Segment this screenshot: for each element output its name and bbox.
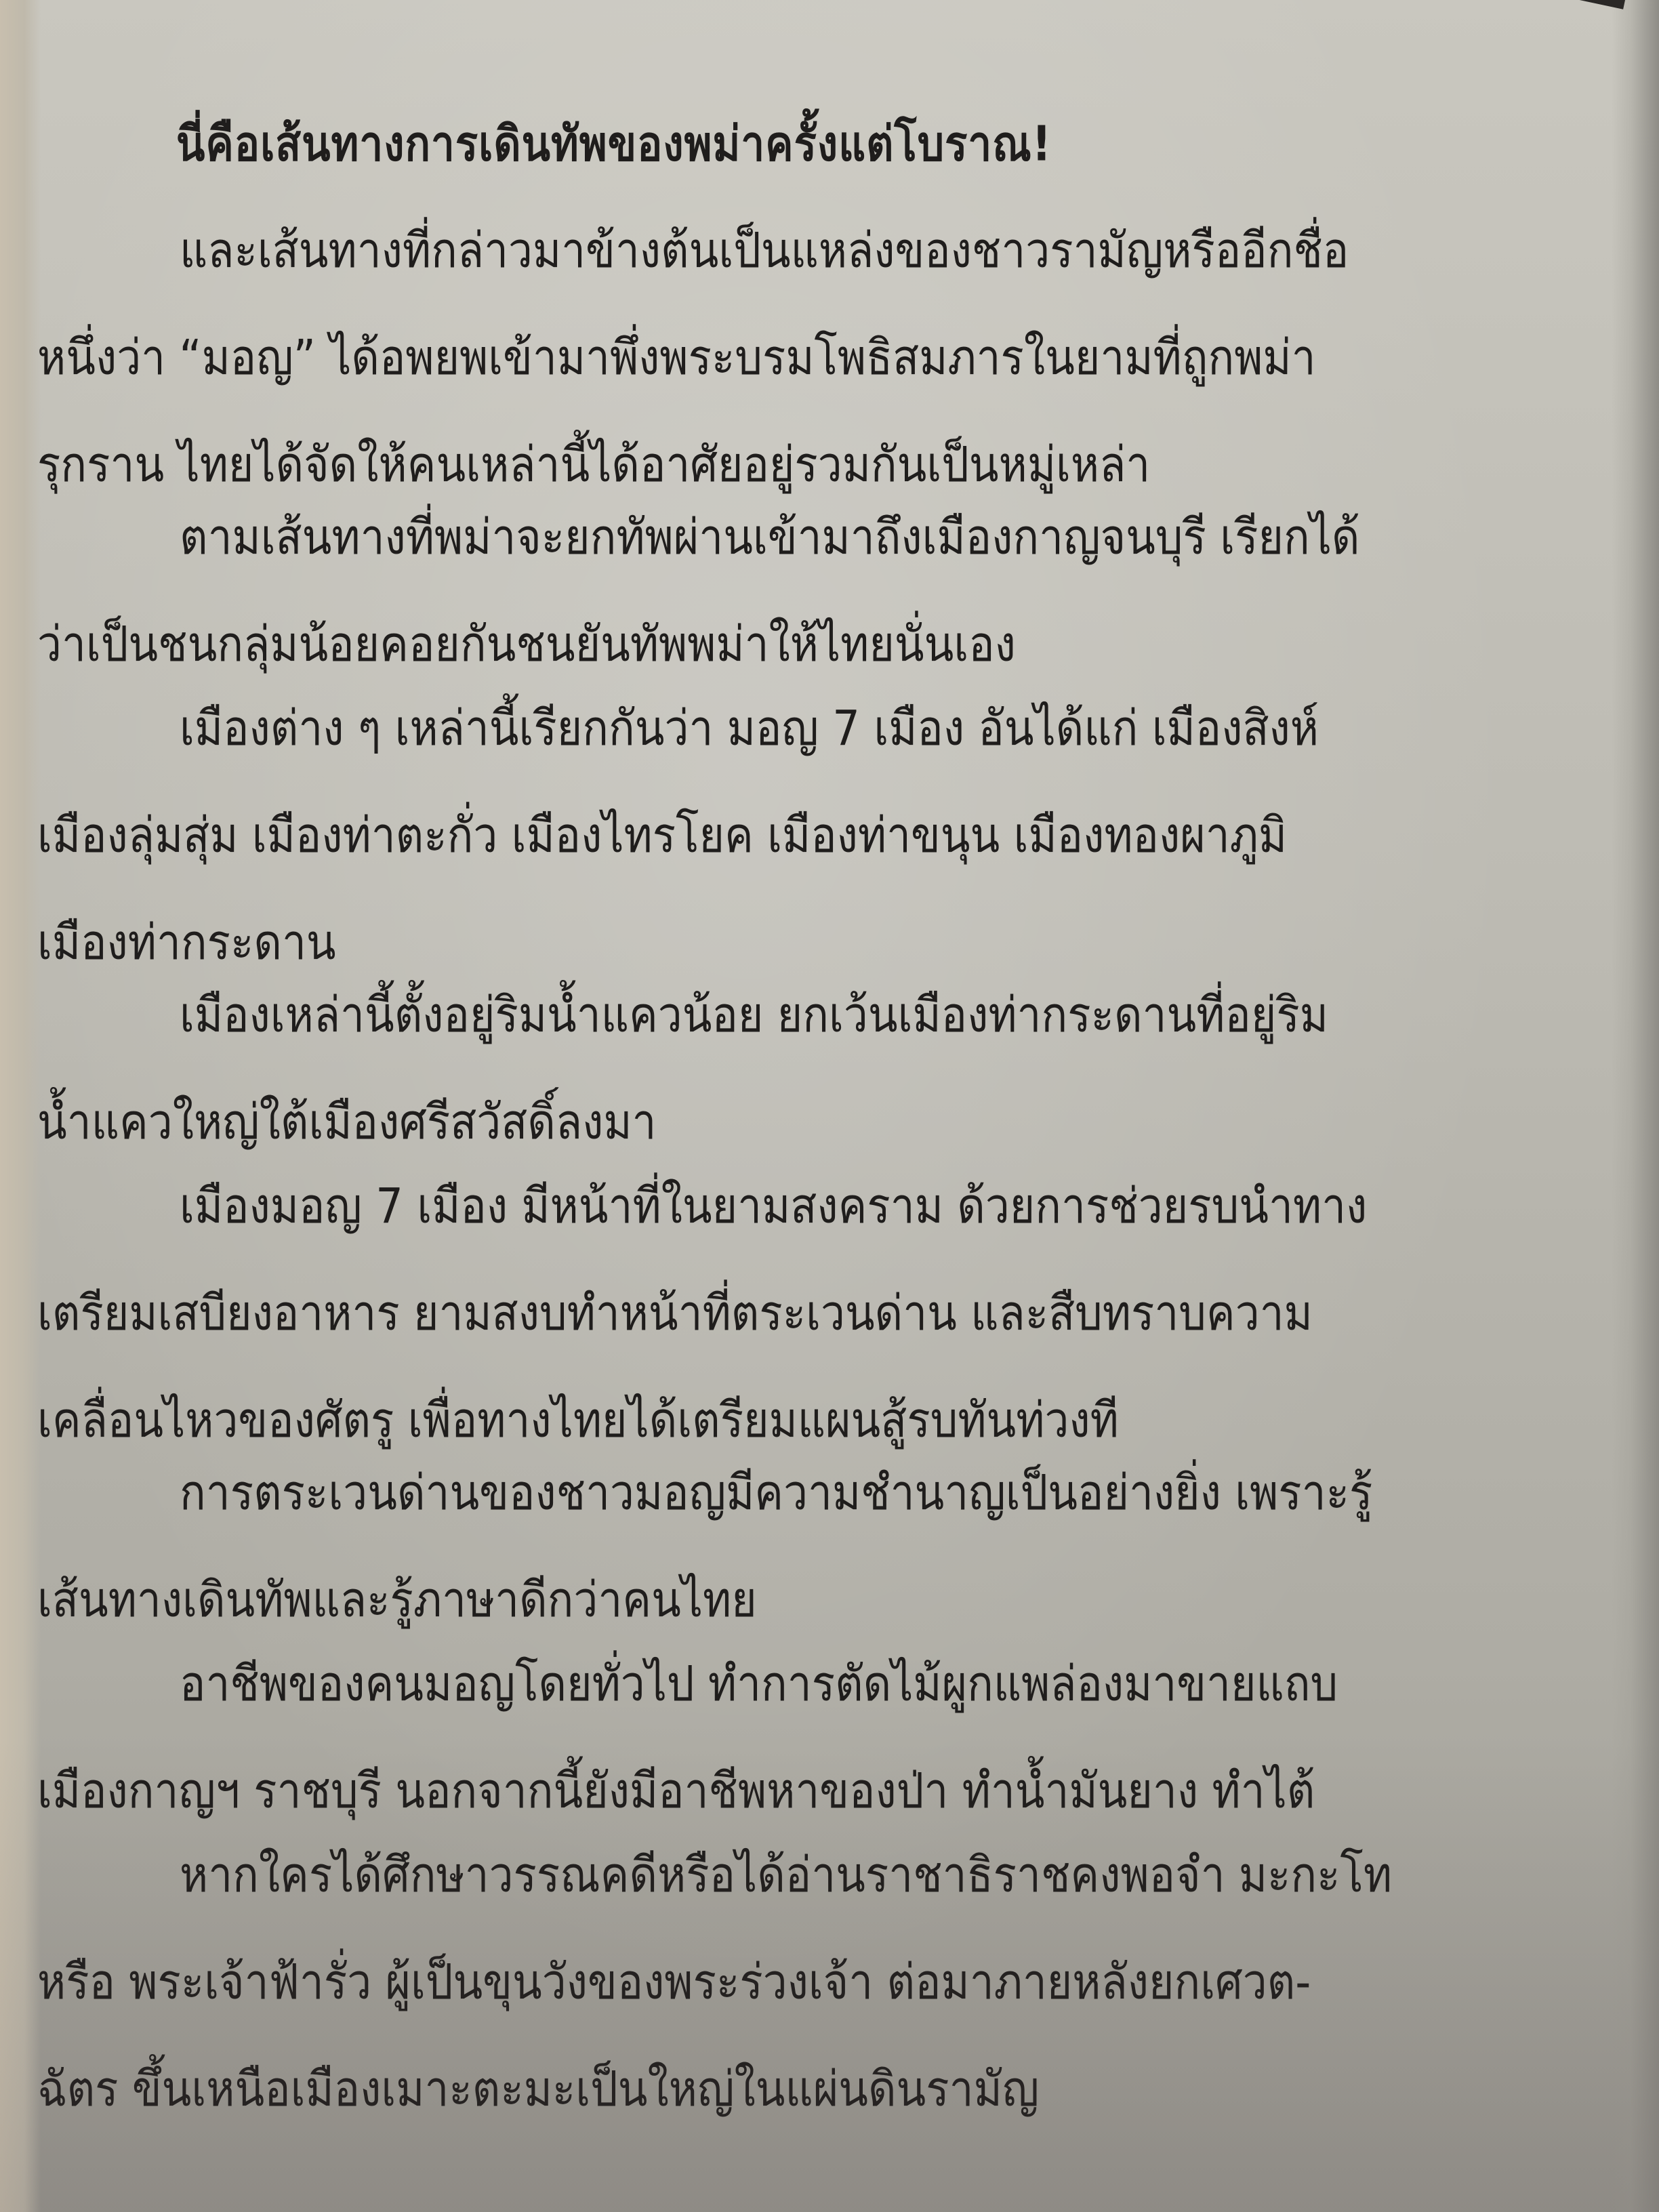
text-line: ฉัตร ขึ้นเหนือเมืองเมาะตะมะเป็นใหญ่ในแผ่… [37,2036,1623,2144]
paragraph-7: อาชีพของคนมอญโดยทั่วไป ทำการตัดไม้ผูกแพล… [37,1631,1623,1845]
page-edge-left [0,0,41,2212]
paragraph-6: การตระเวนด่านของชาวมอญมีความชำนาญเป็นอย่… [37,1440,1623,1654]
text-line: และเส้นทางที่กล่าวมาข้างต้นเป็นแหล่งของช… [37,198,1623,305]
text-line: หนึ่งว่า “มอญ” ได้อพยพเข้ามาพึ่งพระบรมโพ… [37,305,1623,412]
paragraph-5: เมืองมอญ 7 เมือง มีหน้าที่ในยามสงคราม ด้… [37,1153,1623,1475]
book-page: นี่คือเส้นทางการเดินทัพของพม่าครั้งแต่โบ… [0,0,1659,2212]
paragraph-8: หากใครได้ศึกษาวรรณคดีหรือได้อ่านราชาธิรา… [37,1822,1623,2144]
page-heading: นี่คือเส้นทางการเดินทัพของพม่าครั้งแต่โบ… [37,115,1623,173]
text-line: เมืองต่าง ๆ เหล่านี้เรียกกันว่า มอญ 7 เม… [37,676,1623,783]
paragraph-3: เมืองต่าง ๆ เหล่านี้เรียกกันว่า มอญ 7 เม… [37,676,1623,997]
text-line: เมืองมอญ 7 เมือง มีหน้าที่ในยามสงคราม ด้… [37,1153,1623,1261]
text-line: อาชีพของคนมอญโดยทั่วไป ทำการตัดไม้ผูกแพล… [37,1631,1623,1738]
paragraph-1: และเส้นทางที่กล่าวมาข้างต้นเป็นแหล่งของช… [37,198,1623,519]
text-line: เมืองลุ่มสุ่ม เมืองท่าตะกั่ว เมืองไทรโยค… [37,783,1623,890]
paragraph-2: ตามเส้นทางที่พม่าจะยกทัพผ่านเข้ามาถึงเมื… [37,485,1623,699]
page-text-block: นี่คือเส้นทางการเดินทัพของพม่าครั้งแต่โบ… [37,115,1623,2109]
text-line: หรือ พระเจ้าฟ้ารั่ว ผู้เป็นขุนวังของพระร… [37,1929,1623,2036]
paragraph-4: เมืองเหล่านี้ตั้งอยู่ริมน้ำแควน้อย ยกเว้… [37,962,1623,1176]
text-line: เมืองเหล่านี้ตั้งอยู่ริมน้ำแควน้อย ยกเว้… [37,962,1623,1069]
text-line: เตรียมเสบียงอาหาร ยามสงบทำหน้าที่ตระเวนด… [37,1261,1623,1368]
text-line: ตามเส้นทางที่พม่าจะยกทัพผ่านเข้ามาถึงเมื… [37,485,1623,592]
text-line: การตระเวนด่านของชาวมอญมีความชำนาญเป็นอย่… [37,1440,1623,1547]
text-line: หากใครได้ศึกษาวรรณคดีหรือได้อ่านราชาธิรา… [37,1822,1623,1929]
